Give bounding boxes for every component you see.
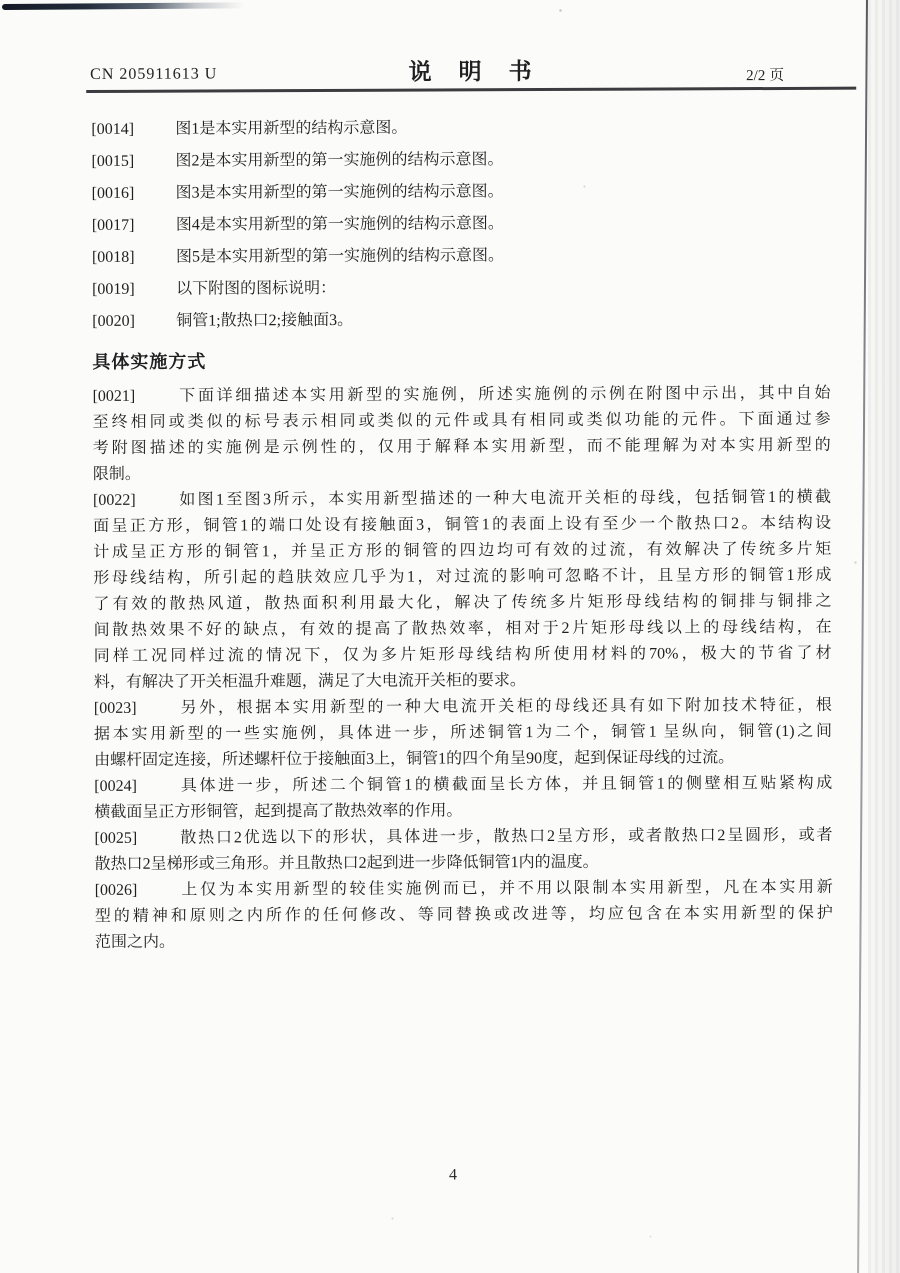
paragraph-line: [0018]图5是本实用新型的第一实施例的结构示意图。 [92,239,830,274]
paragraph-line: [0019]以下附图的图标说明： [92,271,830,306]
page-footer: 4 [3,1164,900,1186]
paragraph-line: [0021]下面详细描述本实用新型的实施例，所述实施例的示例在附图中示出，其中自… [92,381,830,410]
paragraph-text: 上仅为本实用新型的较佳实施例而已，并不用以限制本实用新型，凡在本实用新 [179,879,833,899]
paragraph: [0016]图3是本实用新型的第一实施例的结构示意图。 [92,175,830,210]
paragraph-line: [0024]具体进一步，所述二个铜管1的横截面呈长方体，并且铜管1的侧壁相互贴紧… [94,771,832,800]
paragraph-text: 散热口2优选以下的形状，具体进一步，散热口2呈方形，或者散热口2呈圆形，或者 [178,827,832,847]
paragraph-line: 同样工况同样过流的情况下，仅为多片矩形母线结构所使用材料的70%，极大的节省了材 [94,641,832,670]
paragraph-label: [0014] [91,114,175,146]
paragraph-text: 图1是本实用新型的结构示意图。 [175,120,407,138]
paragraph: [0022]如图1至图3所示，本实用新型描述的一种大电流开关柜的母线，包括铜管1… [93,485,832,696]
paragraph-label: [0017] [92,210,176,242]
paragraph-text: 如图1至图3所示，本实用新型描述的一种大电流开关柜的母线，包括铜管1的横截 [177,489,831,509]
header-rule [86,87,856,93]
paragraph: [0023]另外，根据本实用新型的一种大电流开关柜的母线还具有如下附加技术特征，… [94,693,832,774]
paragraph-line: [0026]上仅为本实用新型的较佳实施例而已，并不用以限制本实用新型，凡在本实用… [95,875,833,904]
patent-page: CN 205911613 U 说 明 书 2/2 页 [0014]图1是本实用新… [0,0,871,1273]
paragraph-text: 具体进一步，所述二个铜管1的横截面呈长方体，并且铜管1的侧壁相互贴紧构成 [178,775,832,795]
paragraph-line: 型的精神和原则之内所作的任何修改、等同替换或改进等，均应包含在本实用新型的保护 [95,901,833,930]
paragraph-label: [0026] [95,878,179,904]
paragraph: [0015]图2是本实用新型的第一实施例的结构示意图。 [91,143,829,178]
paragraph-line: [0017]图4是本实用新型的第一实施例的结构示意图。 [92,207,830,242]
page-number: 4 [449,1166,457,1183]
page-indicator: 2/2 页 [746,64,784,85]
paragraph-line: 料，有解决了开关柜温升难题，满足了大电流开关柜的要求。 [94,667,832,696]
paragraph: [0020]铜管1;散热口2;接触面3。 [92,303,830,338]
scan-artifact-right-band [868,0,900,1273]
paragraph-label: [0022] [93,488,177,514]
section-heading: 具体实施方式 [92,347,830,374]
paragraph-line: [0014]图1是本实用新型的结构示意图。 [91,111,829,146]
document-title: 说 明 书 [86,52,856,88]
paragraph: [0017]图4是本实用新型的第一实施例的结构示意图。 [92,207,830,242]
paragraph-label: [0025] [94,826,178,852]
paragraph-line: 散热口2呈梯形或三角形。并且散热口2起到进一步降低铜管1内的温度。 [95,849,833,878]
paragraph: [0019]以下附图的图标说明： [92,271,830,306]
paragraph-line: 由螺杆固定连接，所述螺杆位于接触面3上，铜管1的四个角呈90度，起到保证母线的过… [94,745,832,774]
paragraph-label: [0021] [92,384,176,410]
paragraph-label: [0023] [94,696,178,722]
paragraph-label: [0015] [91,146,175,178]
paragraph-text: 另外，根据本实用新型的一种大电流开关柜的母线还具有如下附加技术特征，根 [178,697,832,717]
paragraph-line: [0016]图3是本实用新型的第一实施例的结构示意图。 [92,175,830,210]
paragraph-list: [0021]下面详细描述本实用新型的实施例，所述实施例的示例在附图中示出，其中自… [92,381,832,956]
paragraph-line: 考附图描述的实施例是示例性的，仅用于解释本实用新型，而不能理解为对本实用新型的 [93,433,831,462]
paragraph-label: [0024] [94,774,178,800]
paragraph-label: [0020] [92,306,176,338]
document-body: [0014]图1是本实用新型的结构示意图。[0015]图2是本实用新型的第一实施… [91,111,833,956]
paragraph-line: 据本实用新型的一些实施例，具体进一步，所述铜管1为二个，铜管1 呈纵向，铜管(1… [94,719,832,748]
paragraph: [0024]具体进一步，所述二个铜管1的横截面呈长方体，并且铜管1的侧壁相互贴紧… [94,771,832,826]
paragraph: [0025]散热口2优选以下的形状，具体进一步，散热口2呈方形，或者散热口2呈圆… [94,823,832,878]
paragraph-line: [0025]散热口2优选以下的形状，具体进一步，散热口2呈方形，或者散热口2呈圆… [94,823,832,852]
paragraph-line: 横截面呈正方形铜管，起到提高了散热效率的作用。 [94,797,832,826]
paragraph-line: 至终相同或类似的标号表示相同或类似的元件或具有相同或类似功能的元件。下面通过参 [93,407,831,436]
paragraph-label: [0018] [92,242,176,274]
paragraph-text: 下面详细描述本实用新型的实施例，所述实施例的示例在附图中示出，其中自始 [177,385,831,405]
paragraph-line: 形母线结构，所引起的趋肤效应几乎为1，对过流的影响可忽略不计，且呈方形的铜管1形… [93,563,831,592]
paragraph: [0021]下面详细描述本实用新型的实施例，所述实施例的示例在附图中示出，其中自… [92,381,830,488]
paragraph-line: 限制。 [93,459,831,488]
paragraph-line: [0023]另外，根据本实用新型的一种大电流开关柜的母线还具有如下附加技术特征，… [94,693,832,722]
paragraph-label: [0016] [92,178,176,210]
paragraph-label: [0019] [92,274,176,306]
paragraph-line: [0022]如图1至图3所示，本实用新型描述的一种大电流开关柜的母线，包括铜管1… [93,485,831,514]
scanned-page: CN 205911613 U 说 明 书 2/2 页 [0014]图1是本实用新… [0,0,900,1273]
paragraph: [0014]图1是本实用新型的结构示意图。 [91,111,829,146]
paragraph: [0018]图5是本实用新型的第一实施例的结构示意图。 [92,239,830,274]
paragraph-text: 以下附图的图标说明： [176,280,336,298]
paragraph-line: [0015]图2是本实用新型的第一实施例的结构示意图。 [91,143,829,178]
paragraph-line: 面呈正方形，铜管1的端口处设有接触面3，铜管1的表面上设有至少一个散热口2。本结… [93,511,831,540]
paragraph-text: 图4是本实用新型的第一实施例的结构示意图。 [176,215,504,233]
paragraph-line: [0020]铜管1;散热口2;接触面3。 [92,303,830,338]
paragraph-text: 图3是本实用新型的第一实施例的结构示意图。 [176,183,504,201]
paragraph: [0026]上仅为本实用新型的较佳实施例而已，并不用以限制本实用新型，凡在本实用… [95,875,833,956]
paragraph-line: 间散热效果不好的缺点，有效的提高了散热效率，相对于2片矩形母线以上的母线结构，在 [94,615,832,644]
paragraph-line: 计成呈正方形的铜管1，并呈正方形的铜管的四边均可有效的过流，有效解决了传统多片矩 [93,537,831,566]
paragraph-text: 图2是本实用新型的第一实施例的结构示意图。 [175,151,503,169]
paragraph-text: 图5是本实用新型的第一实施例的结构示意图。 [176,247,504,265]
paragraph-line: 范围之内。 [95,927,833,956]
paragraph-line: 了有效的散热风道，散热面积利用最大化，解决了传统多片矩形母线结构的铜排与铜排之 [93,589,831,618]
figure-list: [0014]图1是本实用新型的结构示意图。[0015]图2是本实用新型的第一实施… [91,111,830,338]
paragraph-text: 铜管1;散热口2;接触面3。 [176,312,353,330]
